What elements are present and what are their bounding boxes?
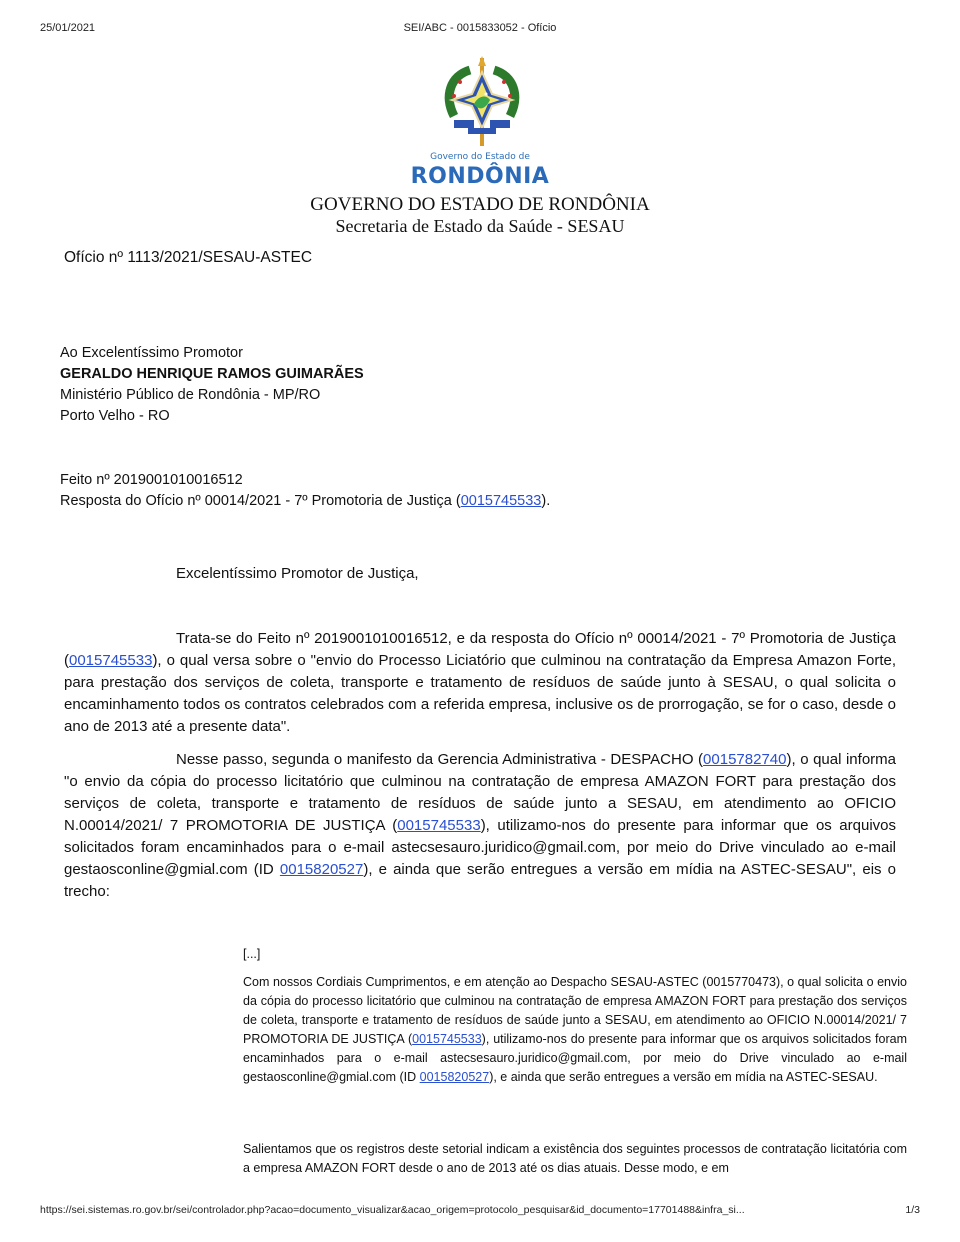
letterhead-state-name: RONDÔNIA [0,164,960,189]
government-name: GOVERNO DO ESTADO DE RONDÔNIA [0,194,960,216]
resposta-suffix: ). [541,493,550,509]
print-url: https://sei.sistemas.ro.gov.br/sei/contr… [40,1204,745,1216]
document-link[interactable]: 0015745533 [69,652,152,669]
quote-paragraph-2: Salientamos que os registros deste setor… [243,1140,907,1178]
oficio-number: Ofício nº 1113/2021/SESAU-ASTEC [64,249,312,267]
page-number: 1/3 [905,1204,920,1216]
reference-block: Feito nº 2019001010016512 Resposta do Of… [60,470,550,512]
salutation: Excelentíssimo Promotor de Justiça, [176,565,419,582]
quote-ellipsis: [...] [243,945,907,964]
print-title: SEI/ABC - 0015833052 - Ofício [0,22,960,34]
paragraph-2: Nesse passo, segunda o manifesto da Gere… [64,749,896,903]
addressee-organization: Ministério Público de Rondônia - MP/RO [60,385,364,406]
addressee-city: Porto Velho - RO [60,406,364,427]
quote-paragraph-1: Com nossos Cordiais Cumprimentos, e em a… [243,973,907,1087]
id-link[interactable]: 0015820527 [420,1070,490,1084]
addressee-title: Ao Excelentíssimo Promotor [60,343,364,364]
paragraph-text: ), o qual versa sobre o "envio do Proces… [64,652,896,735]
resposta-line: Resposta do Ofício nº 00014/2021 - 7º Pr… [60,491,550,512]
id-link[interactable]: 0015820527 [280,861,363,878]
despacho-link[interactable]: 0015782740 [703,751,786,768]
print-footer: https://sei.sistemas.ro.gov.br/sei/contr… [40,1204,920,1220]
paragraph-1: Trata-se do Feito nº 2019001010016512, e… [64,628,896,738]
print-header: 25/01/2021 SEI/ABC - 0015833052 - Ofício [0,22,960,38]
addressee-block: Ao Excelentíssimo Promotor GERALDO HENRI… [60,343,364,427]
letterhead-small-text: Governo do Estado de [0,152,960,162]
quote-text: Salientamos que os registros deste setor… [243,1140,907,1178]
addressee-name: GERALDO HENRIQUE RAMOS GUIMARÃES [60,364,364,385]
document-link[interactable]: 0015745533 [461,493,542,509]
quote-text: ), e ainda que serão entregues a versão … [489,1070,877,1084]
document-link[interactable]: 0015745533 [397,817,480,834]
secretariat-name: Secretaria de Estado da Saúde - SESAU [0,216,960,237]
resposta-text: Resposta do Ofício nº 00014/2021 - 7º Pr… [60,493,461,509]
feito-number: Feito nº 2019001010016512 [60,470,550,491]
paragraph-text: Nesse passo, segunda o manifesto da Gere… [176,751,703,768]
document-link[interactable]: 0015745533 [412,1032,482,1046]
rondonia-coat-of-arms-icon [440,56,524,150]
